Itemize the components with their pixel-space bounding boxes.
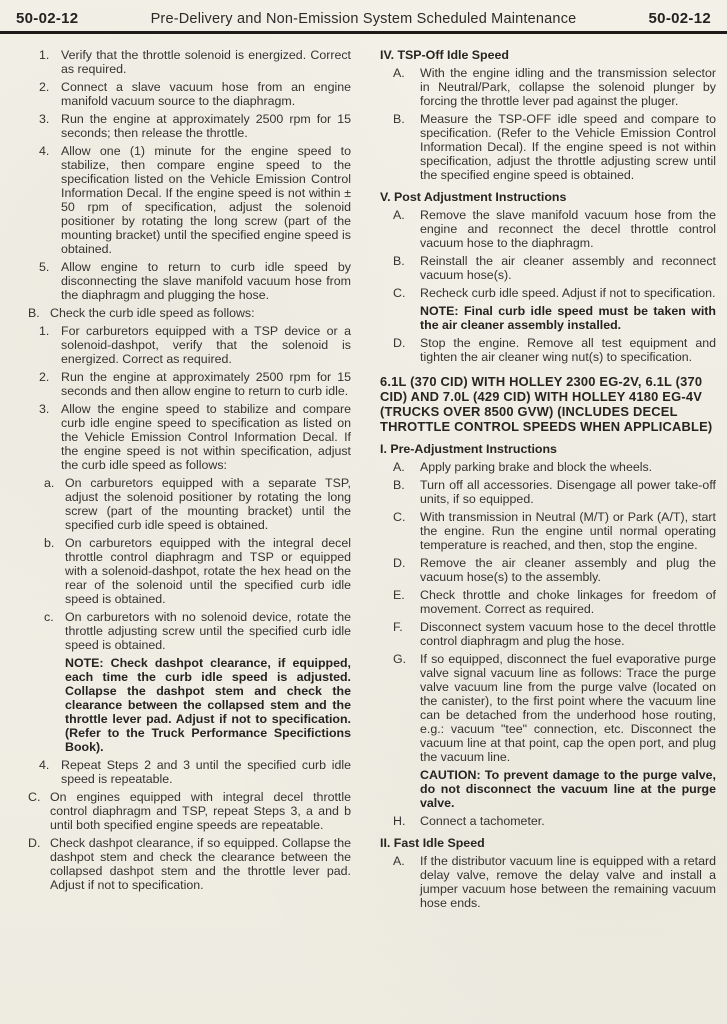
item-label: D. [393, 556, 420, 570]
list-item-text: Recheck curb idle speed. Adjust if not t… [420, 286, 716, 300]
list-item: E.Check throttle and choke linkages for … [380, 588, 716, 616]
item-label: 3. [39, 402, 61, 416]
item-label: A. [393, 460, 420, 474]
list-item: C.With transmission in Neutral (M/T) or … [380, 510, 716, 552]
list-item: 1.Verify that the throttle solenoid is e… [28, 48, 351, 76]
list-item: A.With the engine idling and the transmi… [380, 66, 716, 108]
list-item-text: Allow engine to return to curb idle spee… [61, 260, 351, 302]
item-label: 5. [39, 260, 61, 274]
list-item-text: On carburetors with no solenoid device, … [65, 610, 351, 652]
list-item: 2.Connect a slave vacuum hose from an en… [28, 80, 351, 108]
list-item-text: With transmission in Neutral (M/T) or Pa… [420, 510, 716, 552]
note-paragraph: CAUTION: To prevent damage to the purge … [420, 768, 716, 810]
item-label: D. [28, 836, 50, 850]
engine-spec-heading: 6.1L (370 CID) WITH HOLLEY 2300 EG-2V, 6… [380, 374, 716, 434]
item-label: A. [393, 208, 420, 222]
list-item: a.On carburetors equipped with a separat… [28, 476, 351, 532]
list-item-text: Remove the air cleaner assembly and plug… [420, 556, 716, 584]
section-heading-text: II. Fast Idle Speed [380, 836, 716, 850]
item-label: B. [393, 478, 420, 492]
item-label: a. [44, 476, 65, 490]
list-item-text: Run the engine at approximately 2500 rpm… [61, 112, 351, 140]
list-item-text: Connect a tachometer. [420, 814, 716, 828]
list-item: D.Remove the air cleaner assembly and pl… [380, 556, 716, 584]
item-label: 1. [39, 324, 61, 338]
item-label: F. [393, 620, 420, 634]
page-body: 1.Verify that the throttle solenoid is e… [0, 44, 727, 1024]
engine-spec-heading-text: 6.1L (370 CID) WITH HOLLEY 2300 EG-2V, 6… [380, 374, 716, 434]
list-item: B.Reinstall the air cleaner assembly and… [380, 254, 716, 282]
list-item: A.Apply parking brake and block the whee… [380, 460, 716, 474]
list-item-text: Check dashpot clearance, if so equipped.… [50, 836, 351, 892]
list-item: A.If the distributor vacuum line is equi… [380, 854, 716, 910]
item-label: A. [393, 854, 420, 868]
note-paragraph-text: NOTE: Check dashpot clearance, if equipp… [65, 656, 351, 754]
section-heading: II. Fast Idle Speed [380, 836, 716, 850]
list-item-text: Reinstall the air cleaner assembly and r… [420, 254, 716, 282]
manual-page: 50-02-12 Pre-Delivery and Non-Emission S… [0, 0, 727, 1024]
list-item-text: Allow one (1) minute for the engine spee… [61, 144, 351, 256]
header-rule [0, 31, 727, 34]
item-label: 3. [39, 112, 61, 126]
list-item-text: On carburetors equipped with a separate … [65, 476, 351, 532]
item-label: E. [393, 588, 420, 602]
list-item-text: On carburetors equipped with the integra… [65, 536, 351, 606]
list-item-text: If the distributor vacuum line is equipp… [420, 854, 716, 910]
list-item: B.Measure the TSP-OFF idle speed and com… [380, 112, 716, 182]
item-label: C. [393, 286, 420, 300]
item-label: G. [393, 652, 420, 666]
list-item: 3.Allow the engine speed to stabilize an… [28, 402, 351, 472]
list-item: 4.Repeat Steps 2 and 3 until the specifi… [28, 758, 351, 786]
list-item: 1.For carburetors equipped with a TSP de… [28, 324, 351, 366]
list-item: B.Turn off all accessories. Disengage al… [380, 478, 716, 506]
list-item-text: For carburetors equipped with a TSP devi… [61, 324, 351, 366]
item-label: A. [393, 66, 420, 80]
note-paragraph-text: NOTE: Final curb idle speed must be take… [420, 304, 716, 332]
list-item-text: Repeat Steps 2 and 3 until the specified… [61, 758, 351, 786]
item-label: D. [393, 336, 420, 350]
list-item-text: Check the curb idle speed as follows: [50, 306, 351, 320]
note-paragraph-text: CAUTION: To prevent damage to the purge … [420, 768, 716, 810]
list-item-text: Check throttle and choke linkages for fr… [420, 588, 716, 616]
item-label: 1. [39, 48, 61, 62]
item-label: c. [44, 610, 65, 624]
list-item: C.On engines equipped with integral dece… [28, 790, 351, 832]
list-item-text: With the engine idling and the transmiss… [420, 66, 716, 108]
item-label: 4. [39, 758, 61, 772]
list-item: A.Remove the slave manifold vacuum hose … [380, 208, 716, 250]
list-item-text: Turn off all accessories. Disengage all … [420, 478, 716, 506]
item-label: B. [28, 306, 50, 320]
right-column: IV. TSP-Off Idle SpeedA.With the engine … [363, 44, 727, 1024]
list-item-text: Remove the slave manifold vacuum hose fr… [420, 208, 716, 250]
item-label: b. [44, 536, 65, 550]
item-label: B. [393, 112, 420, 126]
item-label: 2. [39, 80, 61, 94]
list-item: 5.Allow engine to return to curb idle sp… [28, 260, 351, 302]
list-item-text: Run the engine at approximately 2500 rpm… [61, 370, 351, 398]
item-label: 2. [39, 370, 61, 384]
list-item-text: Connect a slave vacuum hose from an engi… [61, 80, 351, 108]
item-label: B. [393, 254, 420, 268]
section-heading-text: I. Pre-Adjustment Instructions [380, 442, 716, 456]
list-item-text: Disconnect system vacuum hose to the dec… [420, 620, 716, 648]
section-heading-text: V. Post Adjustment Instructions [380, 190, 716, 204]
section-heading: V. Post Adjustment Instructions [380, 190, 716, 204]
page-title: Pre-Delivery and Non-Emission System Sch… [151, 11, 577, 27]
section-heading-text: IV. TSP-Off Idle Speed [380, 48, 716, 62]
section-heading: I. Pre-Adjustment Instructions [380, 442, 716, 456]
section-heading: IV. TSP-Off Idle Speed [380, 48, 716, 62]
list-item: F.Disconnect system vacuum hose to the d… [380, 620, 716, 648]
list-item-text: Verify that the throttle solenoid is ene… [61, 48, 351, 76]
list-item-text: Allow the engine speed to stabilize and … [61, 402, 351, 472]
note-paragraph: NOTE: Check dashpot clearance, if equipp… [65, 656, 351, 754]
item-label: H. [393, 814, 420, 828]
page-number-left: 50-02-12 [16, 10, 78, 27]
list-item: C.Recheck curb idle speed. Adjust if not… [380, 286, 716, 300]
list-item: 3.Run the engine at approximately 2500 r… [28, 112, 351, 140]
page-number-right: 50-02-12 [649, 10, 711, 27]
list-item: c.On carburetors with no solenoid device… [28, 610, 351, 652]
list-item-text: Stop the engine. Remove all test equipme… [420, 336, 716, 364]
item-label: C. [28, 790, 50, 804]
list-item: b.On carburetors equipped with the integ… [28, 536, 351, 606]
list-item: G.If so equipped, disconnect the fuel ev… [380, 652, 716, 764]
list-item-text: If so equipped, disconnect the fuel evap… [420, 652, 716, 764]
list-item-text: On engines equipped with integral decel … [50, 790, 351, 832]
list-item: D.Stop the engine. Remove all test equip… [380, 336, 716, 364]
list-item: D.Check dashpot clearance, if so equippe… [28, 836, 351, 892]
item-label: 4. [39, 144, 61, 158]
list-item-text: Measure the TSP-OFF idle speed and compa… [420, 112, 716, 182]
list-item: 4.Allow one (1) minute for the engine sp… [28, 144, 351, 256]
page-header: 50-02-12 Pre-Delivery and Non-Emission S… [0, 0, 727, 31]
list-item: 2.Run the engine at approximately 2500 r… [28, 370, 351, 398]
note-paragraph: NOTE: Final curb idle speed must be take… [420, 304, 716, 332]
list-item: H.Connect a tachometer. [380, 814, 716, 828]
item-label: C. [393, 510, 420, 524]
list-item: B.Check the curb idle speed as follows: [28, 306, 351, 320]
left-column: 1.Verify that the throttle solenoid is e… [0, 44, 363, 1024]
list-item-text: Apply parking brake and block the wheels… [420, 460, 716, 474]
